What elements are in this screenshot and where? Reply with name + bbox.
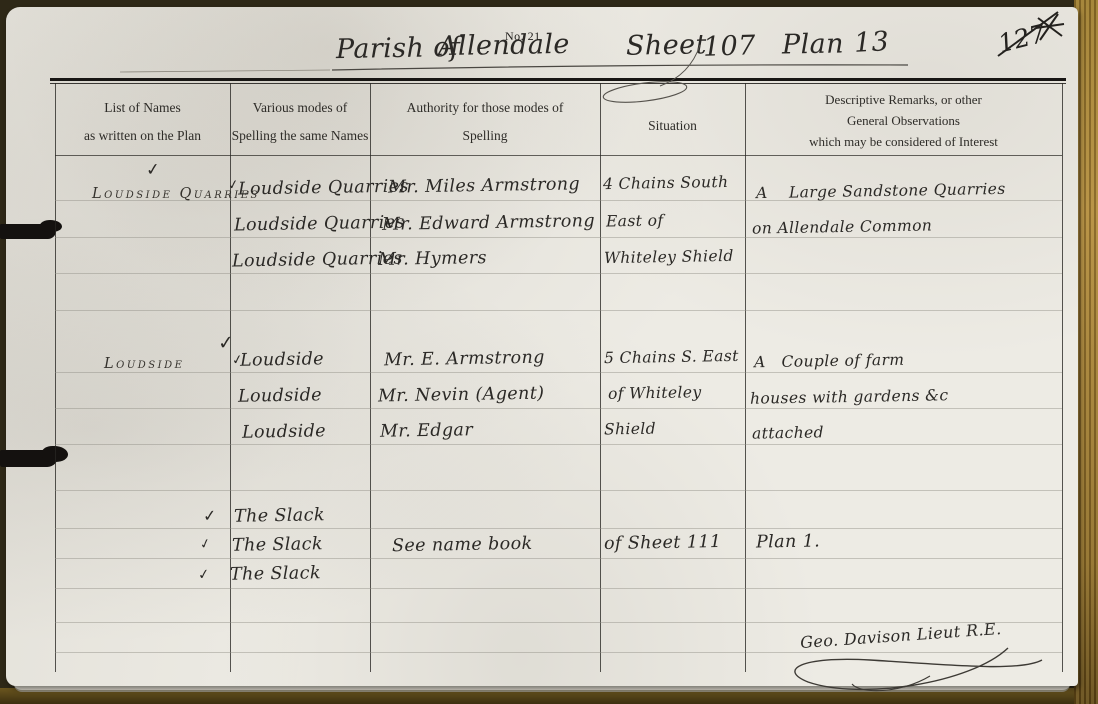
title-plan-label: Plan (782, 28, 844, 60)
column-line-4 (745, 83, 746, 672)
check-mark: ✓ (217, 331, 234, 354)
situation-line: of Whiteley (608, 383, 702, 403)
title-plan-number: 13 (853, 26, 890, 59)
authority-entry: Mr. Edgar (380, 420, 473, 442)
header-line: Spelling (370, 122, 600, 150)
situation-line: Shield (604, 420, 656, 439)
header-line: Authority for those modes of (370, 94, 600, 122)
header-separator-line (55, 155, 1062, 156)
check-mark: ✓ (145, 159, 161, 180)
situation-line: 4 Chains South (603, 173, 729, 193)
title-sheet-label: Sheet (626, 29, 707, 61)
ruled-line (55, 273, 1062, 274)
spelling-entry: Loudside Quarries (238, 177, 409, 200)
header-line: List of Names (55, 94, 230, 122)
ruled-line (55, 622, 1062, 623)
remarks-line: attached (752, 423, 824, 442)
header-list-of-names: List of Names as written on the Plan (55, 94, 230, 149)
ruled-line (55, 444, 1062, 445)
remarks-line: Plan 1. (756, 531, 820, 552)
plan-name-row2: Loudside (104, 356, 184, 372)
situation-line: 5 Chains S. East (604, 347, 739, 367)
ruled-line (55, 372, 1062, 373)
situation-line: Whiteley Shield (604, 247, 734, 267)
spelling-entry: The Slack (234, 505, 325, 527)
remarks-line: houses with gardens &c (750, 386, 949, 407)
authority-entry: Mr. Miles Armstrong (388, 174, 580, 197)
header-line: Various modes of (230, 94, 370, 122)
authority-entry: Mr. Nevin (Agent) (378, 384, 545, 407)
header-situation: Situation (600, 112, 745, 140)
header-spelling-modes: Various modes of Spelling the same Names (230, 94, 370, 149)
authority-entry: Mr. Hymers (378, 248, 487, 270)
header-authority: Authority for those modes of Spelling (370, 94, 600, 149)
authority-entry: Mr. E. Armstrong (384, 348, 545, 371)
table-left-border (55, 83, 56, 672)
ruled-line (55, 588, 1062, 589)
authority-entry: Mr. Edward Armstrong (382, 211, 595, 235)
spelling-entry: Loudside (240, 349, 324, 370)
remarks-line: on Allendale Common (752, 216, 933, 237)
stamp-number: No. 21 (505, 29, 541, 44)
remarks-line: A Couple of farm (754, 351, 905, 372)
ruled-line (55, 408, 1062, 409)
title-parish-name: Allendale (438, 29, 570, 62)
ruled-line (55, 652, 1062, 653)
situation-line: East of (606, 211, 664, 230)
check-mark: ✓ (197, 566, 211, 583)
spelling-entry: The Slack (232, 534, 323, 556)
binding-lace-top-knot (40, 220, 62, 232)
spelling-entry: The Slack (230, 563, 321, 585)
title-sheet-number: 107 (702, 30, 756, 63)
header-line: which may be considered of Interest (745, 132, 1062, 153)
spelling-entry: Loudside (242, 421, 326, 442)
check-mark: ✓ (202, 506, 217, 526)
situation-line: of Sheet 111 (604, 532, 722, 554)
authority-entry: See name book (392, 534, 533, 556)
ruled-line (55, 528, 1062, 529)
header-line: General Observations (745, 111, 1062, 132)
header-line: Descriptive Remarks, or other (745, 90, 1062, 111)
ruled-line (55, 237, 1062, 238)
spelling-entry: Loudside (238, 385, 322, 406)
ruled-line (55, 310, 1062, 311)
column-line-3 (600, 83, 601, 672)
table-right-border (1062, 83, 1063, 672)
header-remarks: Descriptive Remarks, or other General Ob… (745, 90, 1062, 152)
table-top-border-inner (50, 83, 1066, 84)
spelling-entry: Loudside Quarries (234, 213, 405, 236)
table-top-border (50, 78, 1066, 81)
header-line: as written on the Plan (55, 122, 230, 150)
column-line-2 (370, 83, 371, 672)
header-line: Spelling the same Names (230, 122, 370, 150)
header-line: Situation (600, 112, 745, 140)
ruled-line (55, 490, 1062, 491)
ruled-line (55, 558, 1062, 559)
